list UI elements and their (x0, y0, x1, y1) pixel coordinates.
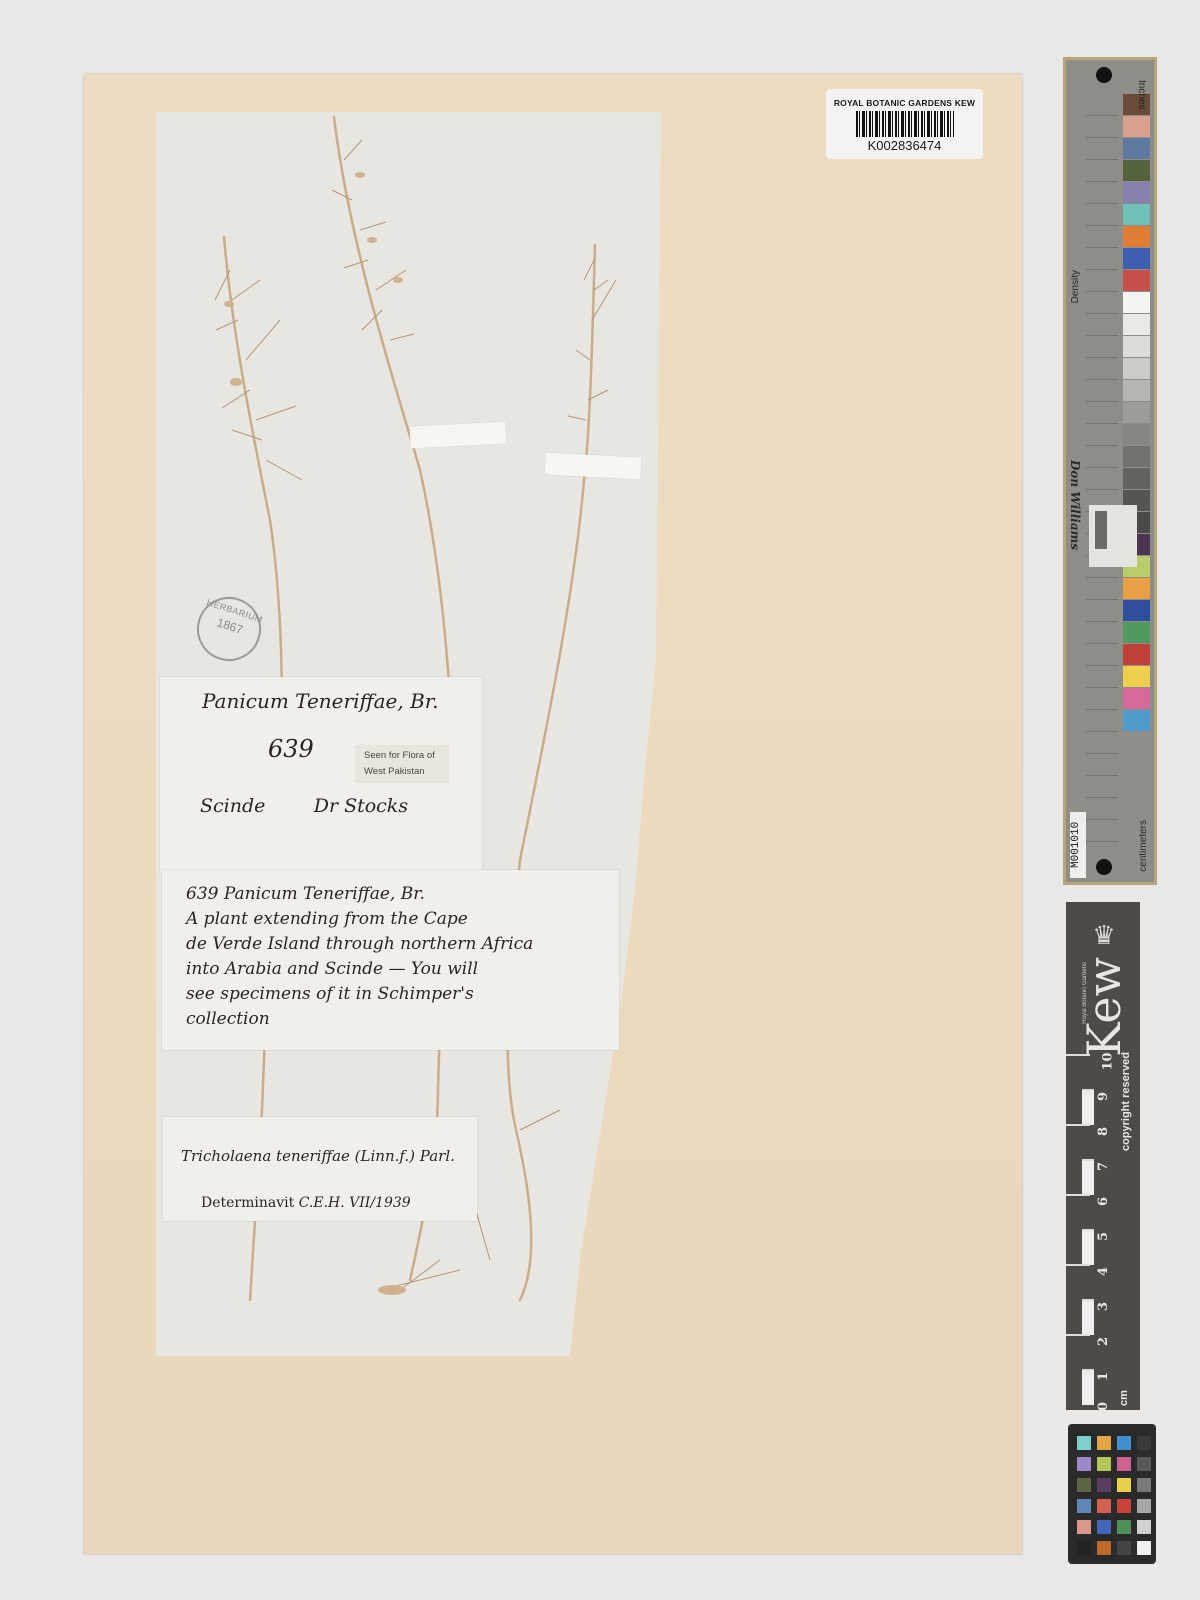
color-swatch (1123, 600, 1150, 621)
color-swatch (1123, 380, 1150, 401)
density-label: Density (1070, 270, 1081, 303)
note-line: A plant extending from the Cape (186, 907, 619, 932)
note-line: collection (186, 1007, 619, 1032)
tick-label: 10 (1101, 1052, 1116, 1070)
color-swatch (1077, 1436, 1091, 1450)
color-swatch (1123, 644, 1150, 665)
determination-line: Determinavit C.E.H. VII/1939 (201, 1195, 411, 1211)
locality: Scinde (200, 795, 265, 817)
collector: Dr Stocks (314, 795, 408, 817)
color-swatch (1123, 424, 1150, 445)
color-swatch (1097, 1478, 1111, 1492)
color-swatch (1117, 1541, 1131, 1555)
ruler-numbers: 10 9 8 7 6 5 4 3 2 1 0 (1099, 1054, 1117, 1410)
kew-logo: Kew (1086, 957, 1122, 1057)
seen-for-flora-slip: Seen for Flora of West Pakistan (355, 745, 449, 783)
handwritten-note: 639 Panicum Teneriffae, Br. A plant exte… (162, 870, 619, 1050)
color-swatch (1123, 622, 1150, 643)
color-swatch (1077, 1478, 1091, 1492)
barcode-number: K002836474 (826, 138, 983, 153)
color-swatch (1123, 402, 1150, 423)
registration-dot-icon (1096, 67, 1112, 83)
ruler-scale (1066, 1054, 1096, 1404)
original-label: Panicum Teneriffae, Br. 639 Seen for Flo… (160, 677, 482, 873)
tick-label: 8 (1096, 1127, 1111, 1136)
color-swatch (1137, 1499, 1151, 1513)
tick-label: 5 (1096, 1232, 1111, 1241)
kew-scale-ruler: ♛ Royal Botanic Gardens Kew copyright re… (1066, 902, 1140, 1410)
color-swatch (1123, 182, 1150, 203)
tick-label: 4 (1096, 1267, 1111, 1276)
note-line: into Arabia and Scinde — You will (186, 957, 619, 982)
color-swatch (1123, 336, 1150, 357)
royal-crest-icon: ♛ (1088, 920, 1120, 952)
note-line: de Verde Island through northern Africa (186, 932, 619, 957)
color-swatch (1137, 1541, 1151, 1555)
color-swatch (1117, 1520, 1131, 1534)
color-swatch (1137, 1436, 1151, 1450)
tick-label: 0 (1096, 1402, 1111, 1411)
determined-name: Tricholaena teneriffae (Linn.f.) Parl. (181, 1147, 455, 1165)
note-line: 639 Panicum Teneriffae, Br. (186, 882, 619, 907)
color-swatch (1123, 248, 1150, 269)
color-swatch (1123, 160, 1150, 181)
chart-swatch-column (1123, 94, 1150, 732)
chart-id: M001010 (1070, 812, 1086, 878)
registration-dot-icon (1096, 859, 1112, 875)
slip-line: West Pakistan (364, 764, 449, 780)
determination-slip: Tricholaena teneriffae (Linn.f.) Parl. D… (163, 1117, 477, 1221)
color-swatch (1097, 1541, 1111, 1555)
chart-brand: Don Williams (1068, 460, 1082, 550)
determiner: C.E.H. (299, 1195, 345, 1211)
tick-label: 6 (1096, 1197, 1111, 1206)
color-density-chart: Inches Density Don Williams centimeters … (1063, 57, 1157, 885)
tick-label: 7 (1096, 1162, 1111, 1171)
determination-date: VII/1939 (349, 1195, 411, 1211)
color-swatch (1077, 1541, 1091, 1555)
color-swatch (1123, 270, 1150, 291)
color-swatch (1137, 1520, 1151, 1534)
color-swatch (1123, 468, 1150, 489)
color-swatch (1137, 1478, 1151, 1492)
color-swatch (1123, 710, 1150, 731)
color-swatch (1137, 1457, 1151, 1471)
slip-line: Seen for Flora of (364, 748, 449, 764)
color-swatch (1123, 578, 1150, 599)
barcode-icon (856, 111, 954, 137)
color-swatch (1097, 1520, 1111, 1534)
color-swatch (1117, 1457, 1131, 1471)
institution-name: ROYAL BOTANIC GARDENS KEW (826, 98, 983, 108)
inches-label: Inches (1136, 80, 1147, 109)
color-swatch (1117, 1499, 1131, 1513)
note-line: see specimens of it in Schimper's (186, 982, 619, 1007)
barcode-label: ROYAL BOTANIC GARDENS KEW K002836474 (826, 89, 983, 159)
color-swatch (1123, 204, 1150, 225)
resolution-target (1089, 505, 1137, 567)
color-swatch (1123, 446, 1150, 467)
color-swatch (1077, 1457, 1091, 1471)
color-swatch (1123, 292, 1150, 313)
tick-label: 1 (1096, 1372, 1111, 1381)
color-swatch (1117, 1436, 1131, 1450)
unit-label: cm (1118, 1390, 1130, 1406)
tick-label: 3 (1096, 1302, 1111, 1311)
taxon-name: Panicum Teneriffae, Br. (202, 689, 439, 713)
collection-number: 639 (268, 735, 314, 763)
color-swatch (1097, 1499, 1111, 1513)
color-swatch (1123, 688, 1150, 709)
color-swatch (1097, 1436, 1111, 1450)
tick-label: 9 (1096, 1092, 1111, 1101)
color-swatch (1077, 1499, 1091, 1513)
color-swatch (1117, 1478, 1131, 1492)
color-swatch (1097, 1457, 1111, 1471)
centimeters-label: centimeters (1138, 820, 1149, 872)
color-swatch (1123, 358, 1150, 379)
locality-collector: Scinde Dr Stocks (200, 795, 408, 817)
color-checker-card (1068, 1424, 1156, 1564)
color-swatch (1123, 666, 1150, 687)
color-card-grid (1077, 1436, 1151, 1555)
color-swatch (1123, 314, 1150, 335)
color-swatch (1077, 1520, 1091, 1534)
copyright-text: copyright reserved (1120, 1052, 1132, 1151)
determinavit-label: Determinavit (201, 1195, 294, 1211)
density-grid (1086, 94, 1118, 854)
tick-label: 2 (1096, 1337, 1111, 1346)
color-swatch (1123, 226, 1150, 247)
color-swatch (1123, 116, 1150, 137)
color-swatch (1123, 138, 1150, 159)
